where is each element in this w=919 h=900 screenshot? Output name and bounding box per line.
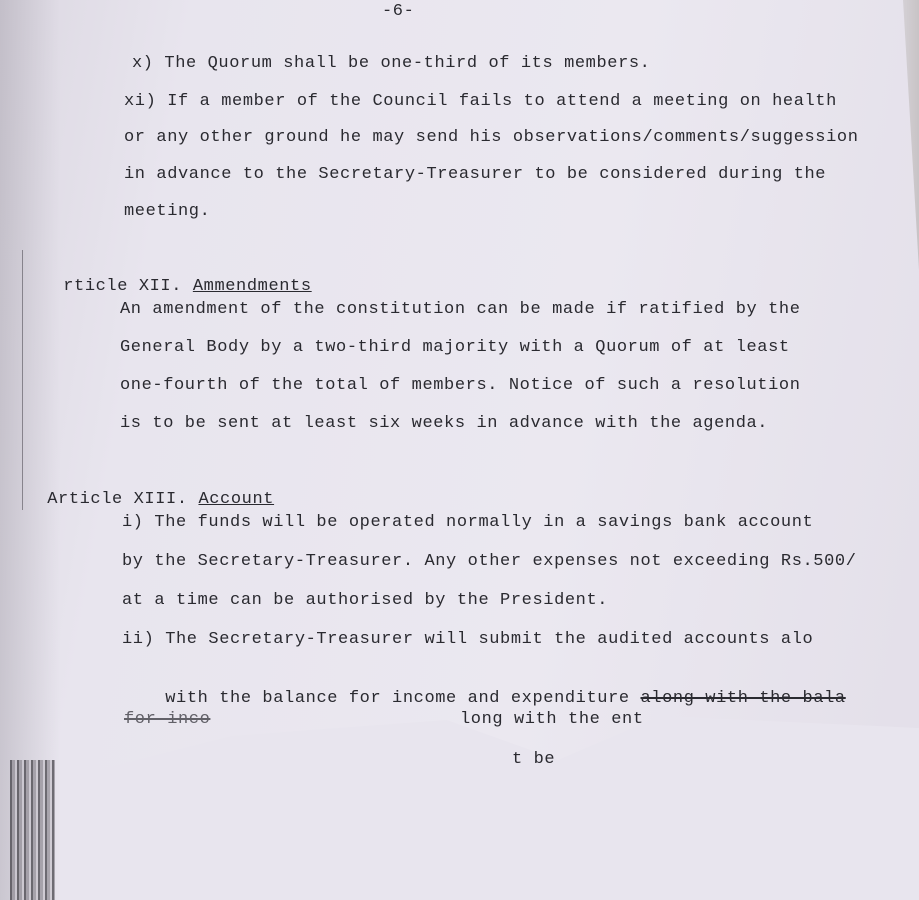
article-xiii-clause-i-line3: at a time can be authorised by the Presi… bbox=[122, 591, 608, 610]
article-xii-label: rticle XII. bbox=[63, 277, 193, 296]
clause-xi-line2: or any other ground he may send his obse… bbox=[124, 128, 859, 147]
clause-x: x) The Quorum shall be one-third of its … bbox=[132, 54, 650, 73]
struck-fragment: for inco bbox=[124, 710, 210, 729]
article-xiii-clause-i-line2: by the Secretary-Treasurer. Any other ex… bbox=[122, 552, 857, 571]
edge-marking bbox=[10, 760, 55, 900]
clause-xi-line1: xi) If a member of the Council fails to … bbox=[124, 92, 837, 111]
article-xiii-label: Article XIII. bbox=[47, 490, 198, 509]
article-xii-line2: General Body by a two-third majority wit… bbox=[120, 338, 790, 357]
article-xii-line3: one-fourth of the total of members. Noti… bbox=[120, 376, 801, 395]
page-number: -6- bbox=[382, 2, 414, 21]
article-xiii-clause-i-line1: i) The funds will be operated normally i… bbox=[122, 513, 813, 532]
struck-text: along with the bala bbox=[641, 689, 846, 708]
article-xiii-title: Account bbox=[198, 490, 274, 509]
article-xii-line4: is to be sent at least six weeks in adva… bbox=[120, 414, 768, 433]
torn-area bbox=[60, 700, 919, 900]
document-page: -6- x) The Quorum shall be one-third of … bbox=[0, 0, 919, 900]
partial-line-fragment-2: t be bbox=[512, 750, 555, 769]
article-xii-line1: An amendment of the constitution can be … bbox=[120, 300, 801, 319]
article-xiii-clause-ii-line1: ii) The Secretary-Treasurer will submit … bbox=[122, 630, 813, 649]
clause-xi-line4: meeting. bbox=[124, 202, 210, 221]
article-xii-title: Ammendments bbox=[193, 277, 312, 296]
partial-line-fragment: long with the ent bbox=[460, 710, 644, 729]
clause-ii-text: with the balance for income and expendit… bbox=[165, 689, 640, 708]
clause-xi-line3: in advance to the Secretary-Treasurer to… bbox=[124, 165, 826, 184]
